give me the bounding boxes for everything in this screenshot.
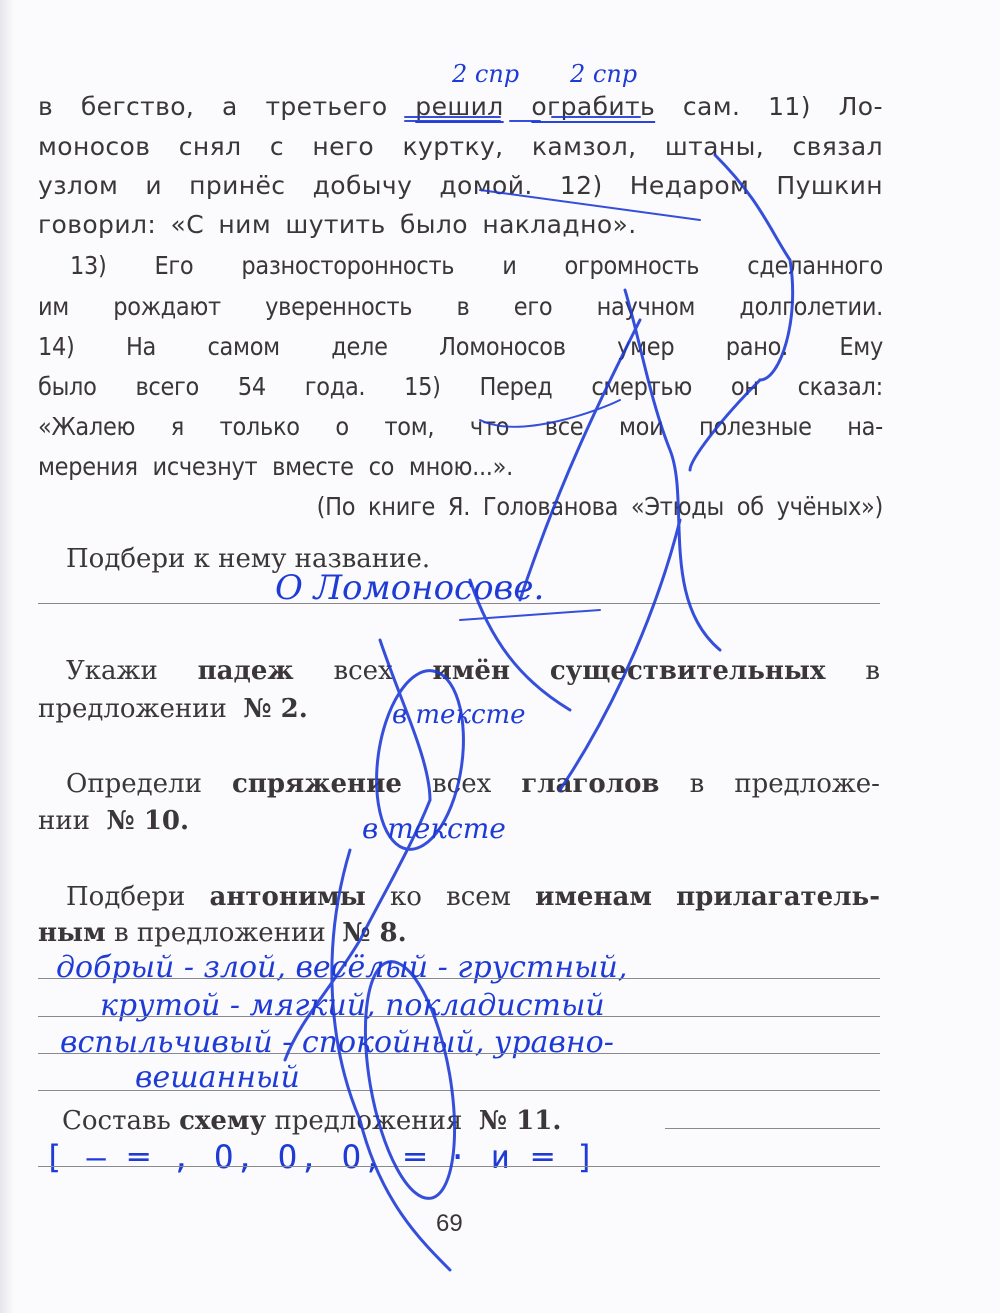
answer-antonyms-line-2: крутой - мягкий, покладистый <box>100 988 605 1023</box>
passage-line-2: моносов снял с него куртку, камзол, штан… <box>38 132 883 161</box>
task-antonyms-line-1: Подбери антонимы ко всем именам прилагат… <box>66 882 880 912</box>
annotation-conjugation-2: 2 спр <box>570 60 637 88</box>
passage-line-9: «Жалею я только о том, что все мои полез… <box>38 412 883 441</box>
answer-line <box>38 1090 880 1091</box>
task-antonyms-line-2: ным в предложении № 8. <box>38 918 883 948</box>
answer-title: О Ломоносове. <box>275 568 544 608</box>
answer-line <box>665 1128 880 1129</box>
answer-antonyms-line-3: вспыльчивый - спокойный, уравно- <box>60 1025 614 1060</box>
answer-line <box>38 1166 880 1167</box>
passage-line-7: 14) На самом деле Ломоносов умер рано. Е… <box>38 332 883 361</box>
task-scheme-prompt: Составь схему предложения № 11. <box>62 1106 907 1136</box>
task-case-line-1: Укажи падеж всех имён существительных в <box>66 656 880 686</box>
answer-conjugation: в тексте <box>362 812 506 845</box>
source-citation: (По книге Я. Голованова «Этюды об учёных… <box>140 492 883 521</box>
passage-line-8: было всего 54 года. 15) Перед смертью он… <box>38 372 883 401</box>
page-number: 69 <box>436 1210 463 1238</box>
underlined-verb-reshil: решил <box>415 92 503 121</box>
answer-line <box>38 978 880 979</box>
scan-edge <box>0 0 14 1313</box>
passage-line-5: 13) Его разносторонность и огромность сд… <box>70 251 883 280</box>
answer-case: в тексте <box>392 700 526 730</box>
passage-line-10: мерения исчезнут вместе со мною...». <box>38 452 883 481</box>
annotation-conjugation-1: 2 спр <box>452 60 519 88</box>
passage-line-6: им рождают уверенность в его научном дол… <box>38 292 883 321</box>
answer-scheme: [ — ═ , О, О, О, ═ · и ═ ] <box>44 1138 597 1176</box>
answer-line <box>38 1053 880 1054</box>
passage-line-4: говорил: «С ним шутить было накладно». <box>38 210 883 239</box>
passage-line-3: узлом и принёс добычу домой. 12) Недаром… <box>38 171 883 200</box>
answer-line <box>38 603 880 604</box>
answer-antonyms-line-1: добрый - злой, весёлый - грустный, <box>56 950 627 985</box>
passage-line-1: в бегство, а третьего решил ограбить сам… <box>38 92 883 121</box>
underlined-verb-ograbit: ограбить <box>531 92 655 121</box>
task-conjugation-line-1: Определи спряжение всех глаголов в предл… <box>66 769 880 799</box>
answer-line <box>38 1016 880 1017</box>
